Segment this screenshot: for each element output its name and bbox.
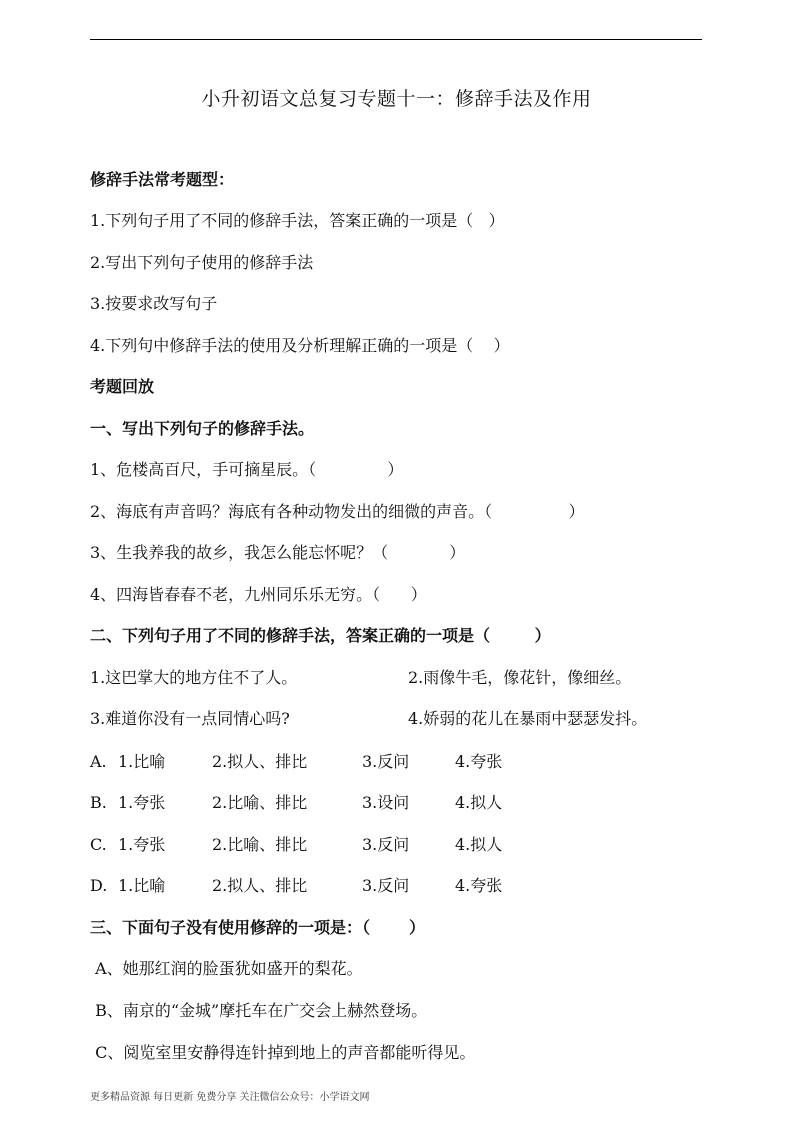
option-c1: 1.比喻 bbox=[118, 751, 165, 773]
section1-item: 3、生我养我的故乡，我怎么能忘怀呢？（ ） bbox=[90, 542, 465, 564]
section1-item: 4、四海皆春春不老，九州同乐乐无穷。（ ） bbox=[90, 584, 427, 606]
option-c2: 2.比喻、排比 bbox=[212, 834, 307, 856]
section2-sentence: 4.娇弱的花儿在暴雨中瑟瑟发抖。 bbox=[408, 708, 647, 730]
option-c1: 1.夸张 bbox=[118, 834, 165, 856]
option-c3: 3.反问 bbox=[362, 834, 409, 856]
question-type-item: 2.写出下列句子使用的修辞手法 bbox=[90, 252, 313, 274]
header-rule bbox=[90, 39, 702, 40]
document-title: 小升初语文总复习专题十一：修辞手法及作用 bbox=[0, 84, 793, 111]
option-c2: 2.拟人、排比 bbox=[212, 751, 307, 773]
option-label: B. bbox=[90, 792, 107, 814]
section2-sentence: 2.雨像牛毛，像花针，像细丝。 bbox=[408, 667, 631, 689]
option-c2: 2.拟人、排比 bbox=[212, 875, 307, 897]
section2-sentence: 3.难道你没有一点同情心吗? bbox=[90, 708, 290, 730]
option-c4: 4.拟人 bbox=[455, 792, 502, 814]
footer-promo: 更多精品资源 每日更新 免费分享 关注微信公众号：小学语文网 bbox=[90, 1088, 370, 1103]
section1-item: 1、危楼高百尺，手可摘星辰。（ ） bbox=[90, 459, 403, 481]
option-c3: 3.反问 bbox=[362, 751, 409, 773]
section3-option: A、她那红润的脸蛋犹如盛开的梨花。 bbox=[90, 958, 363, 980]
section2-sentence: 1.这巴掌大的地方住不了人。 bbox=[90, 667, 297, 689]
section3-heading: 三、下面句子没有使用修辞的一项是：（ ） bbox=[90, 917, 425, 939]
option-c2: 2.比喻、排比 bbox=[212, 792, 307, 814]
question-type-item: 1.下列句子用了不同的修辞手法，答案正确的一项是（ ） bbox=[90, 210, 505, 232]
option-c1: 1.夸张 bbox=[118, 792, 165, 814]
section1-item: 2、海底有声音吗？海底有各种动物发出的细微的声音。（ ） bbox=[90, 501, 584, 523]
option-label: C. bbox=[90, 834, 107, 856]
section3-option: C、阅览室里安静得连针掉到地上的声音都能听得见。 bbox=[90, 1042, 475, 1064]
review-heading: 考题回放 bbox=[90, 376, 154, 398]
question-type-item: 4.下列句中修辞手法的使用及分析理解正确的一项是（ ） bbox=[90, 335, 510, 357]
section2-heading: 二、下列句子用了不同的修辞手法，答案正确的一项是（ ） bbox=[90, 625, 551, 647]
option-label: A. bbox=[90, 751, 107, 773]
section3-option: B、南京的“金城”摩托车在广交会上赫然登场。 bbox=[90, 1000, 427, 1022]
option-label: D. bbox=[90, 875, 107, 897]
option-c4: 4.夸张 bbox=[455, 751, 502, 773]
option-c4: 4.拟人 bbox=[455, 834, 502, 856]
question-types-heading: 修辞手法常考题型： bbox=[90, 169, 234, 191]
option-c1: 1.比喻 bbox=[118, 875, 165, 897]
option-c4: 4.夸张 bbox=[455, 875, 502, 897]
option-c3: 3.设问 bbox=[362, 792, 409, 814]
question-type-item: 3.按要求改写句子 bbox=[90, 293, 217, 315]
option-c3: 3.反问 bbox=[362, 875, 409, 897]
section1-heading: 一、写出下列句子的修辞手法。 bbox=[90, 418, 314, 440]
